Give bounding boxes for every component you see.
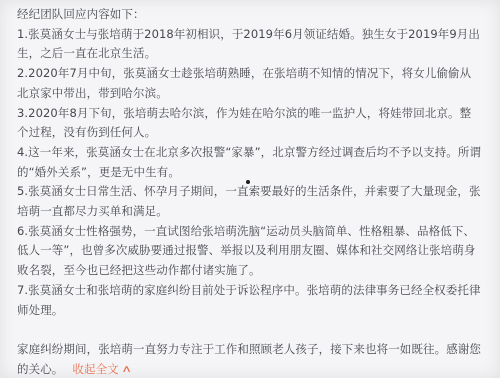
response-item-6: 6.张莫涵女士性格强势，一直试图给张培萌洗脑“运动员头脑简单、性格粗暴、品格低下… bbox=[17, 222, 482, 281]
collapse-full-text-link[interactable]: 收起全文 bbox=[72, 362, 118, 376]
intro-line: 经纪团队回应内容如下： bbox=[17, 5, 482, 25]
response-item-5: 5.张莫涵女士日常生活、怀孕月子期间，一直索要最好的生活条件，并索要了大量现金，… bbox=[17, 182, 482, 221]
response-item-2: 2.2020年7月中旬，张莫涵女士趁张培萌熟睡，在张培萌不知情的情况下，将女儿偷… bbox=[17, 64, 482, 103]
chevron-up-icon[interactable]: ∧ bbox=[121, 360, 132, 378]
ink-speck bbox=[246, 180, 250, 184]
response-item-7: 7.张莫涵女士和张培萌的家庭纠纷目前处于诉讼程序中。张培萌的法律事务已经全权委托… bbox=[17, 281, 482, 320]
response-item-3: 3.2020年8月下旬，张培萌去哈尔滨，作为娃在哈尔滨的唯一监护人，将娃带回北京… bbox=[17, 104, 482, 143]
response-item-4: 4.这一年来，张莫涵女士在北京多次报警“家暴”，北京警方经过调查后均不予以支持。… bbox=[17, 143, 482, 182]
statement-post: 经纪团队回应内容如下： 1.张莫涵女士与张培萌于2018年初相识，于2019年6… bbox=[0, 0, 500, 378]
response-item-1: 1.张莫涵女士与张培萌于2018年初相识，于2019年6月领证结婚。独生女于20… bbox=[17, 25, 482, 64]
closing-paragraph: 家庭纠纷期间，张培萌一直努力专注于工作和照顾老人孩子，接下来也将一如既往。感谢您… bbox=[17, 340, 482, 378]
